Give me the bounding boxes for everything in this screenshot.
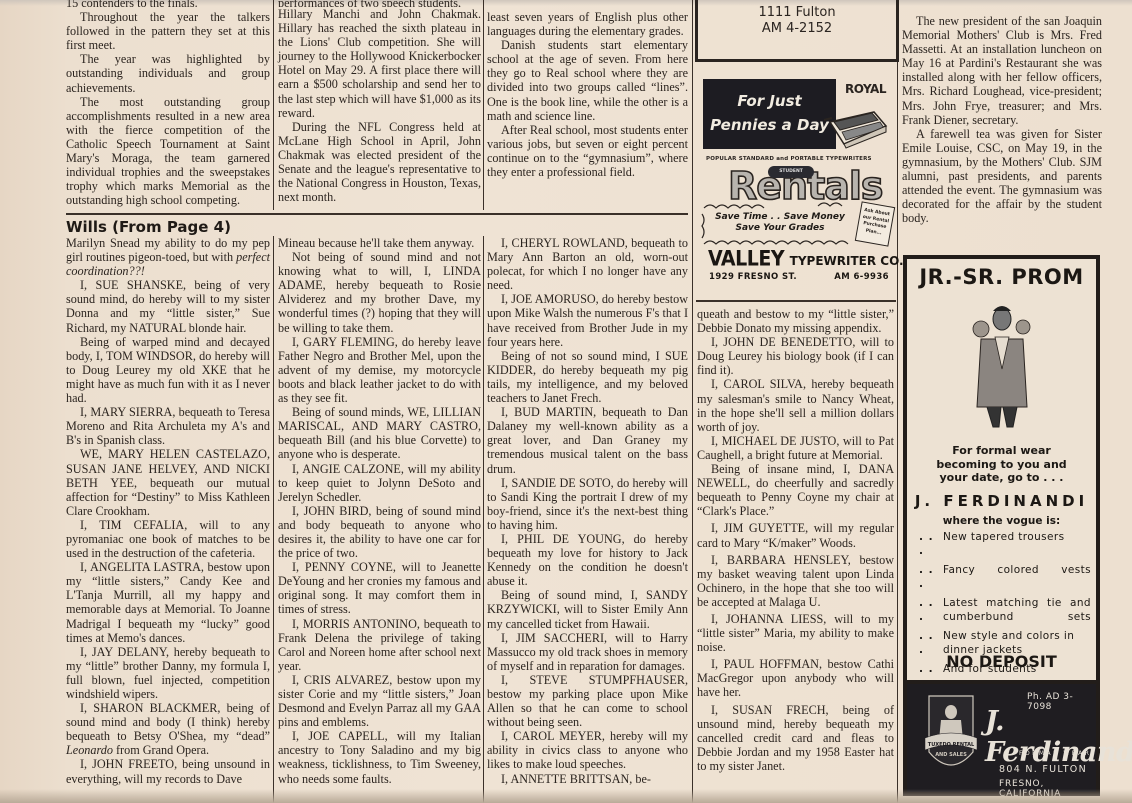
will-entry: I, SHARON BLACKMER, being of sound mind … <box>66 701 270 757</box>
typewriter-icon <box>822 100 890 150</box>
will-entry: I, JIM SACCHERI, will to Harry Massucco … <box>487 631 688 673</box>
newspaper-page: 15 contenders to the finals. Throughout … <box>0 0 1132 803</box>
column-divider <box>273 236 274 803</box>
paragraph: 15 contenders to the finals. <box>66 0 270 10</box>
paragraph: The year was highlighted by outstanding … <box>66 52 270 94</box>
column-divider <box>897 0 898 803</box>
will-entry: I, JIM GUYETTE, will my regular card to … <box>697 521 894 549</box>
save-slogan: Save Time . . Save Money Save Your Grade… <box>710 212 850 234</box>
valley-address: 1929 FRESNO ST. <box>709 272 797 282</box>
will-entry: Mineau because he'll take them anyway. <box>278 236 481 250</box>
ferdinandi-logo-block: TUXEDO RENTAL AND SALES Ph. AD 3-7098 J.… <box>903 680 1100 796</box>
rental-purchase-card: Ask About our Rental Purchase Plan... <box>855 201 895 246</box>
will-entry: Being of not so sound mind, I SUE KIDDER… <box>487 349 688 405</box>
no-deposit: NO DEPOSIT <box>907 652 1096 671</box>
will-entry: Being of sound mind, I, SANDY KRZYWICKI,… <box>487 588 688 630</box>
valley-typewriter-ad: For Just Pennies a Day ROYAL POPULAR STA… <box>700 76 895 281</box>
feature-item: . . . Latest matching tie and cumberbund… <box>919 597 1091 624</box>
paragraph: During the NFL Congress held at McLane H… <box>278 120 481 205</box>
tuxedo-shield-icon: TUXEDO RENTAL AND SALES <box>925 692 977 780</box>
feature-item: . . . New tapered trousers <box>919 531 1091 558</box>
will-entry: Being of sound minds, WE, LILLIAN MARISC… <box>278 405 481 461</box>
fulton-phone: AM 4-2152 <box>698 21 896 37</box>
pennies-banner: For Just Pennies a Day <box>703 79 836 149</box>
will-entry: I, CAROL MEYER, hereby will my ability i… <box>487 729 688 771</box>
will-entry: I, CRIS ALVAREZ, bestow upon my sister C… <box>278 673 481 729</box>
ellipsis: . . . <box>919 597 943 624</box>
will-entry: queath and bestow to my “little sister,”… <box>697 307 894 335</box>
will-entry: I, BUD MARTIN, bequeath to Dan Dalaney m… <box>487 405 688 475</box>
will-entry: Marilyn Snead my ability to do my pep gi… <box>66 236 270 278</box>
ferdinandi-street: 804 N. FULTON <box>999 764 1087 775</box>
royal-brand: ROYAL <box>845 82 886 96</box>
will-entry: Being of warped mind and decayed body, I… <box>66 335 270 405</box>
paragraph: Danish students start elementary school … <box>487 38 688 123</box>
feature-text: New tapered trousers <box>943 531 1091 558</box>
bottom-shadow <box>0 789 1132 803</box>
will-entry: WE, MARY HELEN CASTELAZO, SUSAN JANE HEL… <box>66 447 270 517</box>
will-entry: I, ANGELITA LASTRA, bestow upon my “litt… <box>66 560 270 645</box>
wills-column-2: Mineau because he'll take them anyway. N… <box>278 236 481 786</box>
paragraph: Hillary Manchi and John Chakmak. Hillary… <box>278 7 481 120</box>
intro-line: For formal wear <box>907 444 1096 458</box>
denmark-column: least seven years of English plus other … <box>487 10 688 179</box>
column-divider <box>692 0 693 803</box>
paragraph: least seven years of English plus other … <box>487 10 688 38</box>
will-entry: I, STEVE STUMPFHAUSER, bestow my parking… <box>487 673 688 729</box>
store-name: J. FERDINANDI <box>907 492 1096 510</box>
column-divider <box>483 236 484 803</box>
fulton-address: 1111 Fulton <box>698 5 896 21</box>
will-entry: I, SUE SHANSKE, being of very sound mind… <box>66 278 270 334</box>
will-entry: I, CAROL SILVA, hereby bequeath my sales… <box>697 377 894 433</box>
tuxedo-man-illustration <box>967 299 1037 429</box>
valley-company-name: VALLEY TYPEWRITER CO. <box>708 248 904 270</box>
typewriter-tagline: POPULAR STANDARD and PORTABLE TYPEWRITER… <box>706 156 896 162</box>
slogan-line: Save Time . . Save Money <box>710 212 850 223</box>
intro-line: becoming to you and <box>907 458 1096 472</box>
valley-contact: 1929 FRESNO ST. AM 6-9936 <box>709 272 889 282</box>
paragraph: A farewell tea was given for Sister Emil… <box>902 127 1102 226</box>
valley-phone: AM 6-9936 <box>834 272 889 282</box>
will-entry: I, CHERYL ROWLAND, bequeath to Mary Ann … <box>487 236 688 292</box>
ellipsis: . . . <box>919 564 943 591</box>
wills-column-3: I, CHERYL ROWLAND, bequeath to Mary Ann … <box>487 236 688 786</box>
vogue-line: where the vogue is: <box>907 515 1096 527</box>
headline-line: For Just <box>703 89 836 113</box>
will-entry: I, GARY FLEMING, do hereby leave Father … <box>278 335 481 405</box>
speech-column-2: performances of two speech students, Hil… <box>278 0 481 204</box>
ellipsis: . . . <box>919 531 943 558</box>
will-entry: I, JOHN DE BENEDETTO, will to Doug Leure… <box>697 335 894 377</box>
wills-headline: Wills (From Page 4) <box>66 218 231 236</box>
will-entry: I, PHIL DE YOUNG, do hereby bequeath my … <box>487 532 688 588</box>
prom-ad: JR.-SR. PROM For formal wear becoming to… <box>903 255 1100 680</box>
fulton-ad: 1111 Fulton AM 4-2152 <box>695 0 899 62</box>
speech-column-1: 15 contenders to the finals. Throughout … <box>66 0 270 207</box>
prom-title: JR.-SR. PROM <box>907 265 1096 289</box>
svg-text:TUXEDO RENTAL: TUXEDO RENTAL <box>928 742 975 748</box>
feature-text: Latest matching tie and cumberbund sets <box>943 597 1091 624</box>
will-entry: I, JOHN FREETO, being unsound in everyth… <box>66 757 270 785</box>
will-entry: Not being of sound mind and not knowing … <box>278 250 481 335</box>
student-label: STUDENT <box>768 166 814 178</box>
will-entry: I, SANDIE DE SOTO, do hereby will to San… <box>487 476 688 532</box>
section-divider <box>66 213 688 215</box>
paragraph: The new president of the san Joaquin Mem… <box>902 14 1102 127</box>
feature-text: Fancy colored vests <box>943 564 1091 591</box>
prom-intro: For formal wear becoming to you and your… <box>907 444 1096 485</box>
will-entry: I, JOHANNA LIESS, will to my “little sis… <box>697 612 894 654</box>
company-name-small: TYPEWRITER CO. <box>790 254 904 268</box>
paragraph: The most outstanding group accomplishmen… <box>66 95 270 208</box>
will-entry: Being of insane mind, I, DANA NEWELL, do… <box>697 462 894 518</box>
will-entry: I, JOE CAPELL, will my Italian ancestry … <box>278 729 481 785</box>
column-divider <box>483 0 484 210</box>
headline-line: Pennies a Day <box>703 113 836 137</box>
company-name-big: VALLEY <box>708 247 784 271</box>
will-entry: I, MICHAEL DE JUSTO, will to Pat Caughel… <box>697 434 894 462</box>
will-entry: I, SUSAN FRECH, being of unsound mind, h… <box>697 703 894 773</box>
will-entry: I, ANNETTE BRITTSAN, be- <box>487 772 688 786</box>
ad-divider <box>696 300 896 302</box>
formal-wear-label: FORMAL WEAR <box>1019 750 1091 757</box>
will-entry: I, JAY DELANY, hereby bequeath to my “li… <box>66 645 270 701</box>
will-entry: I, PAUL HOFFMAN, bestow Cathi MacGregor … <box>697 657 894 699</box>
will-entry: I, JOHN BIRD, being of sound mind and bo… <box>278 504 481 560</box>
will-entry: I, TIM CEFALIA, will to any pyromaniac o… <box>66 518 270 560</box>
will-entry: I, BARBARA HENSLEY, bestow my basket wea… <box>697 553 894 609</box>
feature-list: . . . New tapered trousers . . . Fancy c… <box>919 531 1091 696</box>
will-entry: I, JOE AMORUSO, do hereby bestow upon Mi… <box>487 292 688 348</box>
slogan-line: Save Your Grades <box>710 223 850 234</box>
column-divider <box>273 0 274 210</box>
will-entry: I, PENNY COYNE, will to Jeanette DeYoung… <box>278 560 481 616</box>
ferdinandi-script-name: J. Ferdinandi <box>985 706 1132 768</box>
mothers-club-column: The new president of the san Joaquin Mem… <box>902 14 1102 225</box>
intro-line: your date, go to . . . <box>907 471 1096 485</box>
wills-column-1: Marilyn Snead my ability to do my pep gi… <box>66 236 270 786</box>
paragraph: Throughout the year the talkers followed… <box>66 10 270 52</box>
will-entry: I, MARY SIERRA, bequeath to Teresa Moren… <box>66 405 270 447</box>
paragraph: performances of two speech students, <box>278 0 481 7</box>
will-entry: I, MORRIS ANTONINO, bequeath to Frank De… <box>278 617 481 673</box>
paragraph: After Real school, most students enter v… <box>487 123 688 179</box>
will-entry: I, ANGIE CALZONE, will my ability to kee… <box>278 462 481 504</box>
svg-text:AND SALES: AND SALES <box>935 752 967 758</box>
wills-column-4: queath and bestow to my “little sister,”… <box>697 307 894 773</box>
feature-item: . . . Fancy colored vests <box>919 564 1091 591</box>
